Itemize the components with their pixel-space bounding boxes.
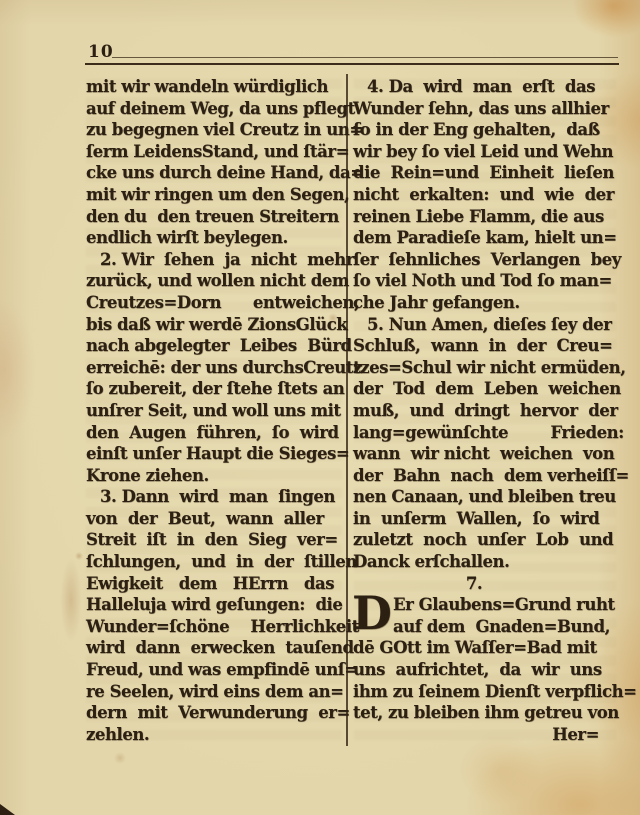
text-line: ſchlungen, und in der ſtillen — [86, 551, 344, 573]
text-line: ſo zubereit, der ſtehe ſtets an — [86, 378, 344, 400]
text-line: Krone ziehen. — [86, 465, 344, 487]
text-line: endlich wirſt beylegen. — [86, 227, 344, 249]
text-line: Er Glaubens=Grund ruht — [353, 594, 619, 616]
text-line: lang=gewünſchte Frieden: — [353, 422, 619, 444]
book-page-scan: 10 mit wir wandeln würdiglichauf deinem … — [0, 0, 640, 815]
text-line: ſo viel Noth und Tod ſo man= — [353, 270, 619, 292]
text-line: wann wir nicht weichen von — [353, 443, 619, 465]
text-line: von der Beut, wann aller — [86, 508, 344, 530]
page-corner-shadow — [0, 804, 15, 815]
text-line: 7. — [353, 573, 619, 595]
text-line: ſo in der Eng gehalten, daß — [353, 119, 619, 141]
text-line: wir bey ſo viel Leid und Wehn — [353, 141, 619, 163]
text-line: der Tod dem Leben weichen — [353, 378, 619, 400]
text-line: einſt unſer Haupt die Sieges= — [86, 443, 344, 465]
header-rule-thick — [85, 63, 619, 65]
dropcap-initial: D — [352, 589, 392, 637]
text-line: che Jahr gefangen. — [353, 292, 619, 314]
text-line: erreichē: der uns durchsCreutz — [86, 357, 344, 379]
text-line: muß, und dringt hervor der — [353, 400, 619, 422]
text-line: Streit iſt in den Sieg ver= — [86, 529, 344, 551]
text-line: uns aufrichtet, da wir uns — [353, 659, 619, 681]
text-line: ihm zu ſeinem Dienſt verpflich= — [353, 681, 619, 703]
text-line: dern mit Verwunderung er= — [86, 702, 344, 724]
text-line: auf dem Gnaden=Bund, — [353, 616, 619, 638]
text-line: den du den treuen Streitern — [86, 206, 344, 228]
text-line: dem Paradieſe kam, hielt un= — [353, 227, 619, 249]
text-line: wird dann erwecken tauſend — [86, 637, 344, 659]
text-line: nen Canaan, und bleiben treu — [353, 486, 619, 508]
header-rule-thin — [112, 57, 618, 58]
text-line: re Seelen, wird eins dem an= — [86, 681, 344, 703]
text-line: reinen Liebe Flamm, die aus — [353, 206, 619, 228]
text-line: Danck erſchallen. — [353, 551, 619, 573]
text-line: Her= — [353, 724, 619, 746]
text-line: tet, zu bleiben ihm getreu von — [353, 702, 619, 724]
text-line: Halleluja wird geſungen: die — [86, 594, 344, 616]
text-line: zehlen. — [86, 724, 344, 746]
text-line: ſer ſehnliches Verlangen bey — [353, 249, 619, 271]
text-line: der Bahn nach dem verheiſſ= — [353, 465, 619, 487]
right-text-column: 4. Da wird man erſt dasWunder ſehn, das … — [353, 76, 619, 745]
text-line: nach abgelegter Leibes Bürd — [86, 335, 344, 357]
text-line: Freud, und was empfindē unſ= — [86, 659, 344, 681]
text-line: Creutzes=Dorn entweichen, — [86, 292, 344, 314]
text-line: mit wir wandeln würdiglich — [86, 76, 344, 98]
text-line: in unſerm Wallen, ſo wird — [353, 508, 619, 530]
text-line: die Rein=und Einheit lieſen — [353, 162, 619, 184]
page-number: 10 — [88, 42, 114, 62]
text-line: zuletzt noch unſer Lob und — [353, 529, 619, 551]
text-line: 4. Da wird man erſt das — [353, 76, 619, 98]
text-line: ſerm LeidensStand, und ſtär= — [86, 141, 344, 163]
text-line: 2. Wir ſehen ja nicht mehr — [86, 249, 344, 271]
text-line: mit wir ringen um den Segen, — [86, 184, 344, 206]
text-line: zu begegnen viel Creutz in un= — [86, 119, 344, 141]
text-line: tzes=Schul wir nicht ermüden, — [353, 357, 619, 379]
text-line: nicht erkalten: und wie der — [353, 184, 619, 206]
text-line: Wunder ſehn, das uns allhier — [353, 98, 619, 120]
text-line: Schluß, wann in der Creu= — [353, 335, 619, 357]
text-line: cke uns durch deine Hand, da= — [86, 162, 344, 184]
text-line: bis daß wir werdē ZionsGlück — [86, 314, 344, 336]
text-line: 5. Nun Amen, dieſes ſey der — [353, 314, 619, 336]
left-text-column: mit wir wandeln würdiglichauf deinem Weg… — [86, 76, 344, 745]
text-line: unſrer Seit, und woll uns mit — [86, 400, 344, 422]
text-line: Wunder=ſchöne Herrlichkeit — [86, 616, 344, 638]
text-line: dē GOtt im Waſſer=Bad mit — [353, 637, 619, 659]
text-line: zurück, und wollen nicht dem — [86, 270, 344, 292]
text-line: Ewigkeit dem HErrn das — [86, 573, 344, 595]
text-line: auf deinem Weg, da uns pflegt — [86, 98, 344, 120]
text-line: den Augen führen, ſo wird — [86, 422, 344, 444]
text-line: 3. Dann wird man ſingen — [86, 486, 344, 508]
